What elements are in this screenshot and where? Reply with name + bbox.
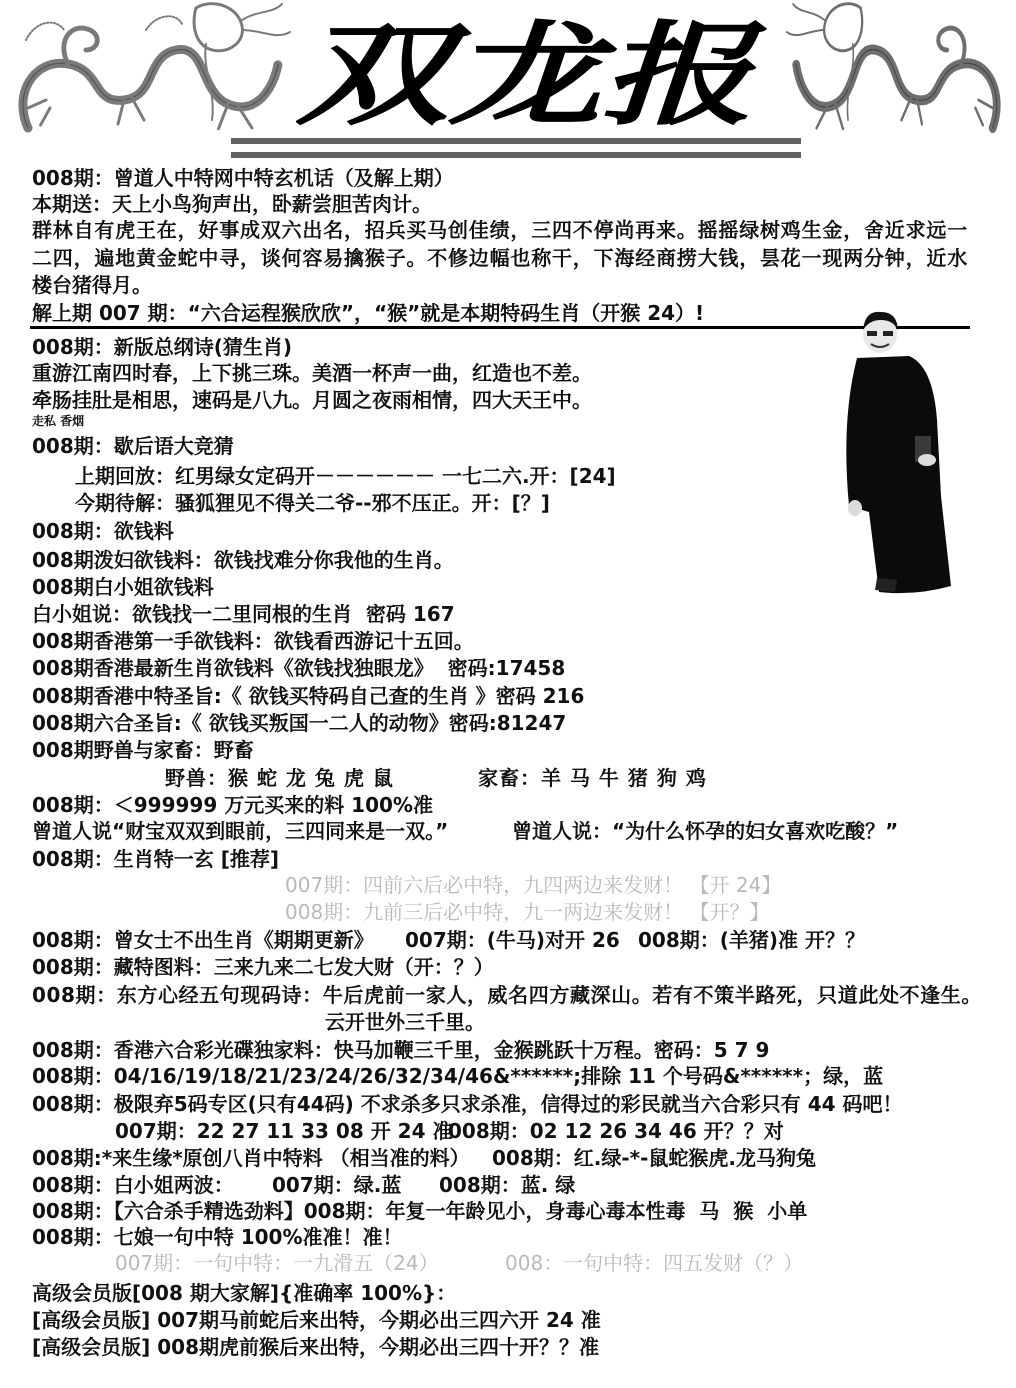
numbers-line: 008期：04/16/19/18/21/23/24/26/32/34/46&**… — [32, 1063, 883, 1089]
dongfang-tail: 云开世外三千里。 — [325, 1009, 485, 1035]
zonggang-line: 重游江南四时春，上下挑三珠。美酒一杯声一曲，红造也不差。 — [32, 360, 592, 386]
liangbo-current: 008期：蓝. 绿 — [439, 1172, 575, 1198]
xuanji-poem-line: 群林自有虎王在，好事成双六出名，招兵买马创佳绩，三四不停尚再来。摇摇绿树鸡生金，… — [32, 217, 968, 243]
masthead-title: 双龙报 — [296, 14, 772, 139]
dragon-left-icon — [6, 0, 296, 140]
buy-line: 008期：＜999999 万元买来的料 100%准 — [32, 792, 433, 818]
man-figure-image — [835, 300, 965, 600]
zeng-saying-2: 曾道人说：“为什么怀孕的妇女喜欢吃酸？” — [512, 818, 898, 844]
yuqian-item: 008期白小姐欲钱料 — [32, 574, 214, 600]
section-divider — [30, 326, 970, 329]
dragon-right-icon — [782, 0, 1010, 140]
masthead-rule-top — [231, 138, 801, 144]
newspaper-page: 双龙报 008期：曾道人中特网中特玄机话（及解上期） 本期送：天上小鸟狗声出，卧… — [0, 0, 1016, 1388]
xuanji-heading: 008期：曾道人中特网中特玄机话（及解上期） — [32, 165, 454, 191]
yuqian-item: 008期香港第一手欲钱料：欲钱看西游记十五回。 — [32, 628, 474, 654]
qiniang-past: 007期：一句中特：一九滑五（24） — [115, 1250, 439, 1276]
liangbo-heading: 008期：白小姐两波： — [32, 1172, 234, 1198]
dongfang-line: 008期：东方心经五句现码诗：牛后虎前一家人，威名四方藏深山。若有不策半路死，只… — [32, 982, 982, 1008]
xuanji-last-answer: 解上期 007 期：“六合运程猴欣欣”，“猴”就是本期特码生肖（开猴 24）! — [32, 300, 704, 326]
zeng-ms-past-result: 007期：(牛马)对开 26 — [405, 927, 620, 953]
shashou-line: 008期：【六合杀手精选劲料】008期：年复一年龄见小，身毒心毒本性毒 马 猴 … — [32, 1198, 807, 1224]
yixuan-current: 008期：九前三后必中特，九一两边来发财！ 【开？】 — [285, 899, 770, 925]
zeng-saying-1: 曾道人说“财宝双双到眼前，三四同来是一双。” — [32, 818, 448, 844]
jixian-line: 008期：极限弃5码专区(只有44码) 不求杀多只求杀准，信得过的彩民就当六合彩… — [32, 1091, 903, 1117]
zonggang-line: 牵肠挂肚是相思，速码是八九。月圆之夜雨相情，四大天王中。 — [32, 387, 592, 413]
zonggang-note: 走私 香烟 — [32, 413, 84, 429]
xiehouyu-last-period: 上期回放：红男绿女定码开－－－－－－ 一七二六.开：[24] — [75, 463, 616, 489]
xiehouyu-heading: 008期：歇后语大竞猜 — [32, 433, 234, 459]
yuqian-item: 白小姐说：欲钱找一二里同根的生肖 密码 167 — [32, 601, 455, 627]
zonggang-heading: 008期：新版总纲诗(猜生肖) — [32, 334, 292, 360]
jixian-past: 007期：22 27 11 33 08 开 24 准 — [115, 1118, 452, 1144]
guangdie-line: 008期：香港六合彩光碟独家料：快马加鞭三千里，金猴跳跃十万程。密码：5 7 9 — [32, 1037, 769, 1063]
yuqian-item: 008期香港最新生肖欲钱料《欲钱找独眼龙》 密码:17458 — [32, 655, 565, 681]
yixuan-past: 007期：四前六后必中特，九四两边来发财！ 【开 24】 — [285, 872, 781, 898]
premium-item: [高级会员版] 008期虎前猴后来出特，今期必出三四十开？？准 — [32, 1334, 599, 1360]
xuanji-poem-line: 二四，遍地黄金蛇中寻，谈何容易擒猴子。不修边幅也称干，下海经商捞大钱，昙花一现两… — [32, 245, 968, 271]
masthead-rule-bottom — [231, 152, 801, 158]
animals-wild: 野兽：猴 蛇 龙 兔 虎 鼠 — [165, 765, 394, 791]
yuqian-item: 008期六合圣旨:《 欲钱买叛国一二人的动物》密码:81247 — [32, 710, 566, 736]
zeng-ms-current: 008期：曾女士不出生肖《期期更新》 — [32, 927, 374, 953]
premium-item: [高级会员版] 007期马前蛇后来出特，今期必出三四六开 24 准 — [32, 1307, 601, 1333]
liangbo-past: 007期：绿.蓝 — [272, 1172, 401, 1198]
qiniang-current: 008：一句中特：四五发财（？） — [505, 1250, 803, 1276]
jixian-current: 008期：02 12 26 34 46 开？？对 — [448, 1118, 784, 1144]
yixuan-heading: 008期：生肖特一玄 [推荐] — [32, 846, 279, 872]
laisheng-heading: 008期:*来生缘*原创八肖中特料 （相当准的料） — [32, 1145, 470, 1171]
animals-heading: 008期野兽与家畜：野畜 — [32, 737, 254, 763]
masthead-title-text: 双龙报 — [296, 14, 753, 139]
xuanji-poem-line: 楼台猪得月。 — [32, 272, 152, 298]
xuanji-gift: 本期送：天上小鸟狗声出，卧薪尝胆苦肉计。 — [32, 191, 432, 217]
yuqian-item: 008期泼妇欲钱料：欲钱找难分你我他的生肖。 — [32, 547, 454, 573]
xiehouyu-this-period: 今期待解：骚狐狸见不得关二爷--邪不压正。开：[？] — [75, 490, 550, 516]
yuqian-item: 008期香港中特圣旨:《 欲钱买特码自己查的生肖 》密码 216 — [32, 683, 584, 709]
qiniang-line: 008期：七娘一句中特 100%准准！准！ — [32, 1224, 403, 1250]
cangte-line: 008期：藏特图料：三来九来二七发大财（开：？） — [32, 954, 494, 980]
premium-heading: 高级会员版[008 期大家解]{准确率 100%}： — [32, 1280, 456, 1306]
yuqian-heading: 008期：欲钱料 — [32, 518, 174, 544]
laisheng-pick: 008期：红.绿-*-鼠蛇猴虎.龙马狗兔 — [492, 1145, 816, 1171]
animals-domestic: 家畜：羊 马 牛 猪 狗 鸡 — [478, 765, 707, 791]
zeng-ms-prediction: 008期：(羊猪)准 开？？ — [638, 927, 865, 953]
